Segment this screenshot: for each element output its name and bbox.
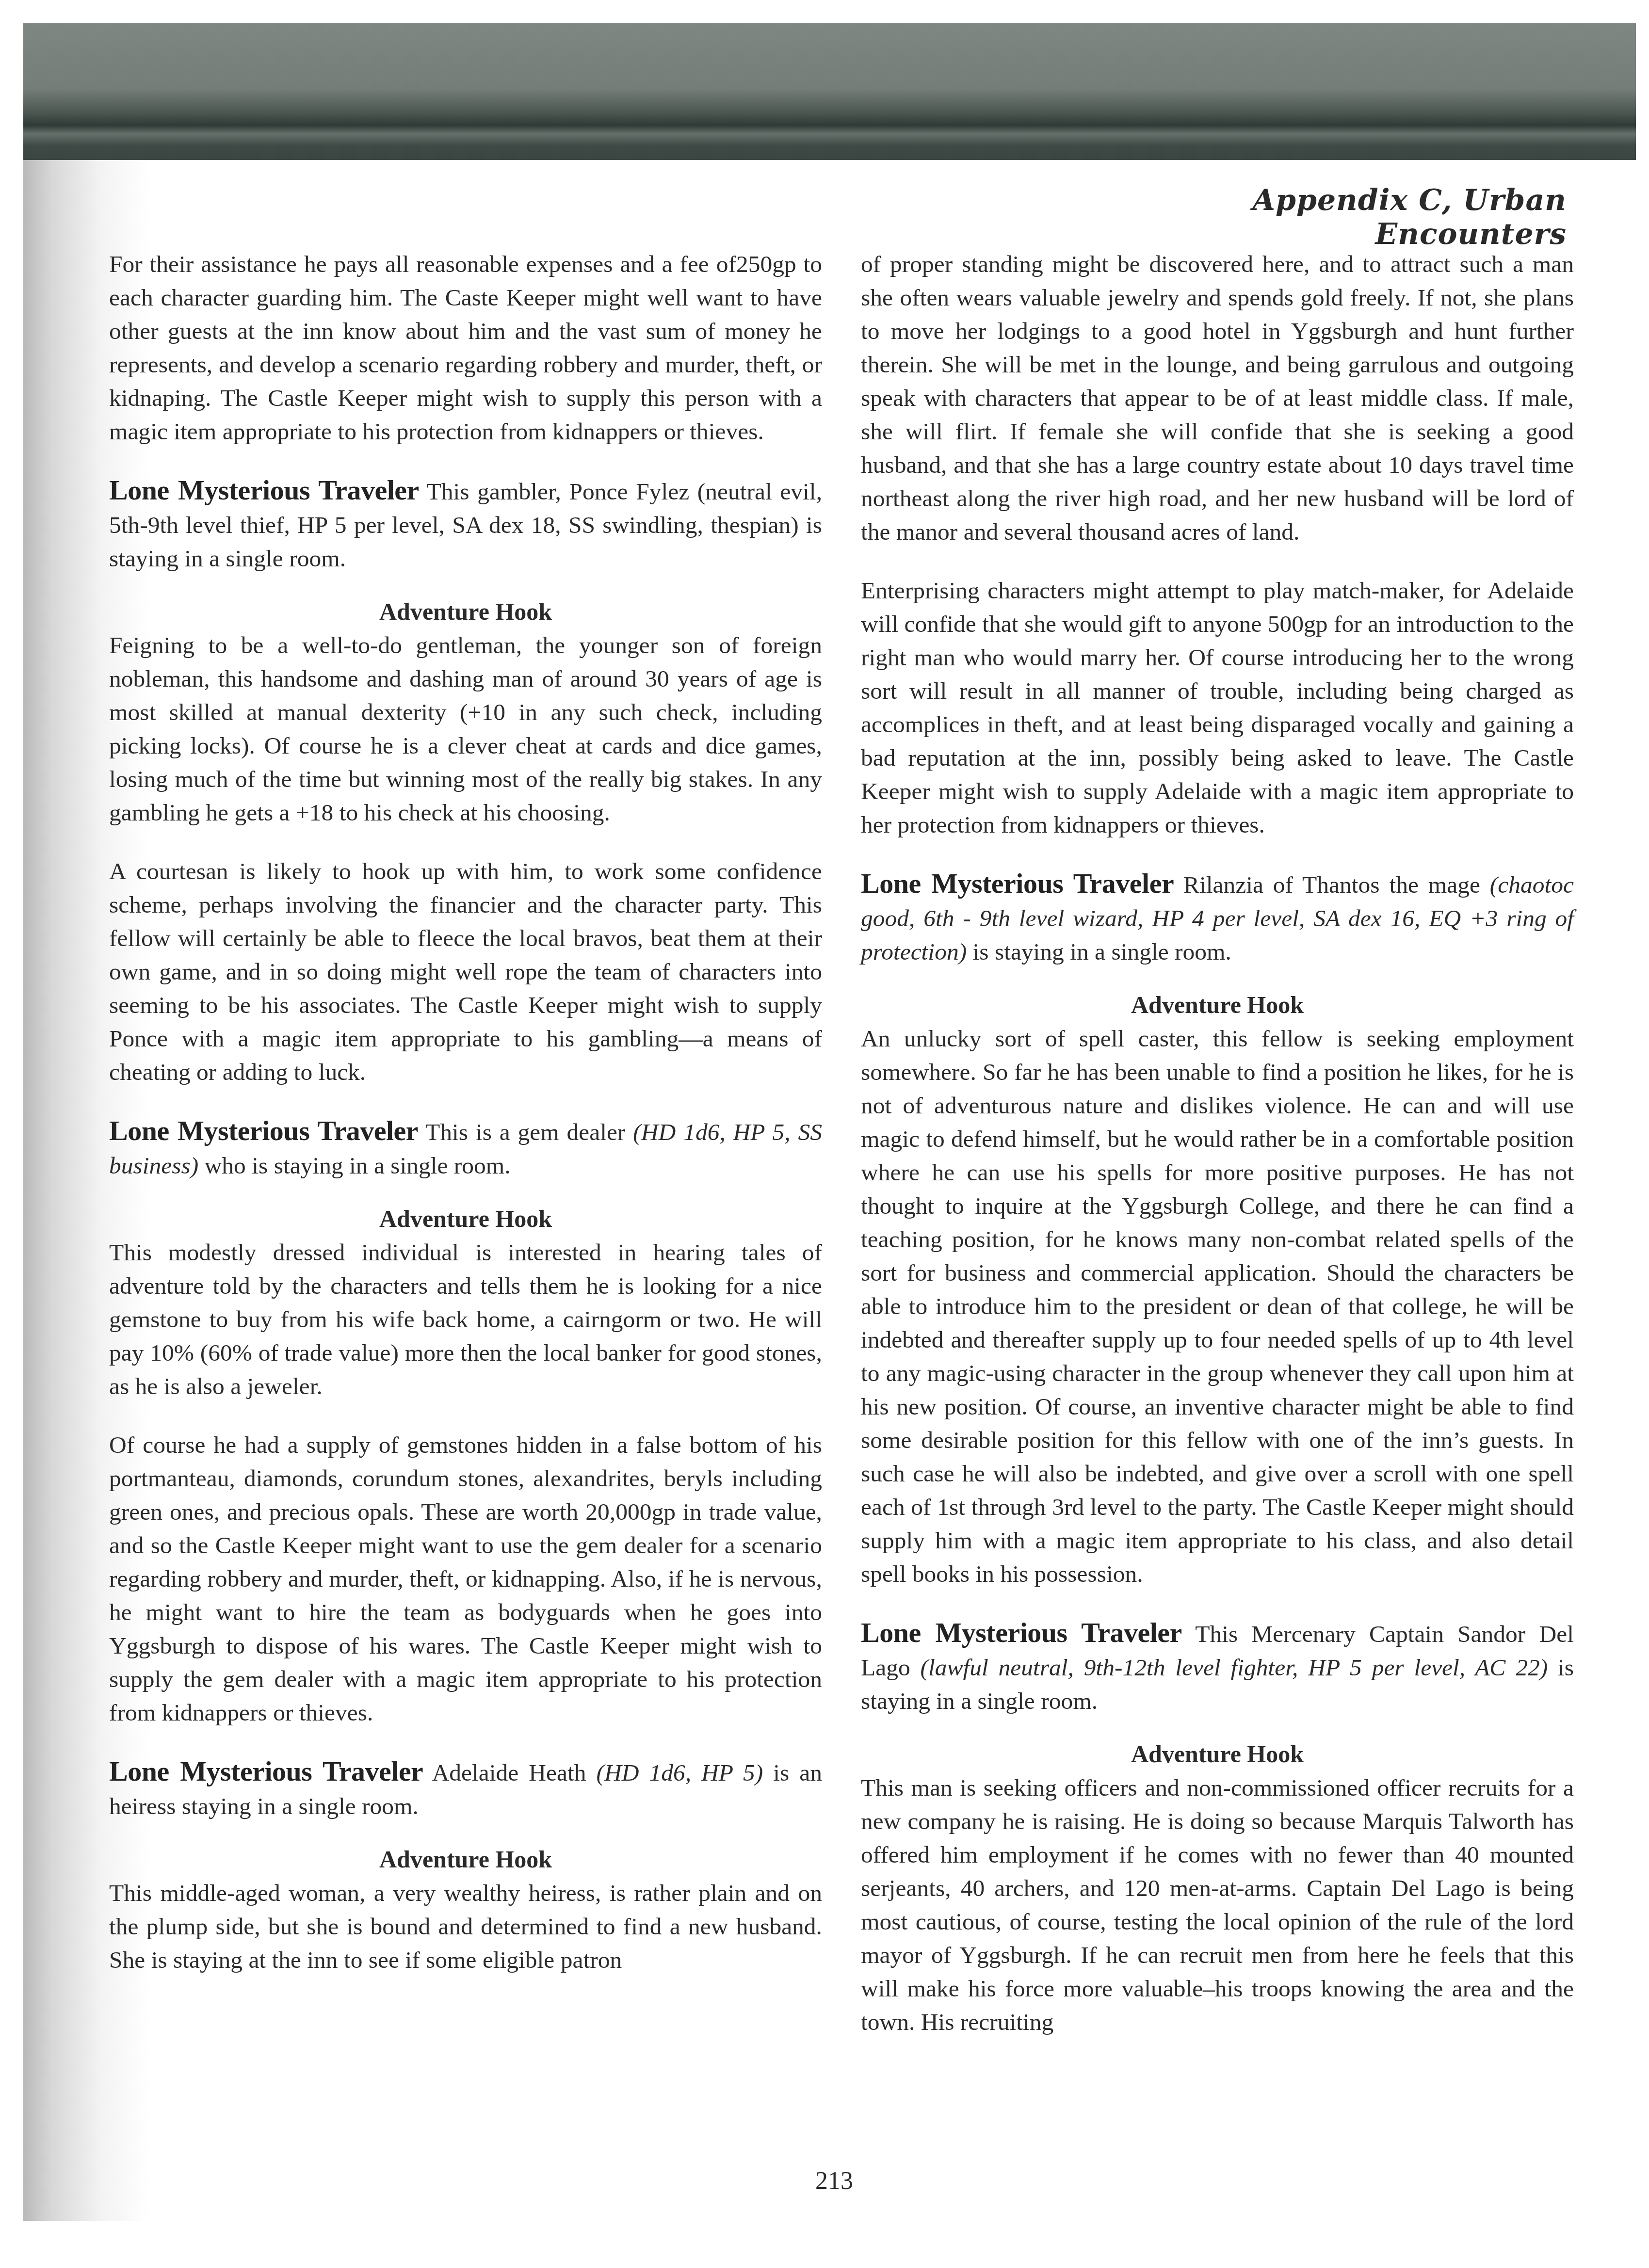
- encounter-entry-ponce: Lone Mysterious Traveler This gambler, P…: [109, 473, 822, 1089]
- paragraph: This modestly dressed individual is inte…: [109, 1236, 822, 1403]
- paragraph: This middle-aged woman, a very wealthy h…: [109, 1876, 822, 1977]
- entry-intro-text: Adelaide Heath: [432, 1759, 586, 1786]
- paragraph: A courtesan is likely to hook up with hi…: [109, 854, 822, 1089]
- paragraph: For their assistance he pays all reasona…: [109, 247, 822, 448]
- page-number: 213: [805, 2167, 863, 2195]
- entry-title: Lone Mysterious Traveler: [109, 474, 419, 506]
- paragraph: Feigning to be a well-to-do gentleman, t…: [109, 628, 822, 829]
- right-column: of proper standing might be discovered h…: [861, 247, 1574, 2064]
- adventure-hook-heading: Adventure Hook: [109, 1202, 822, 1236]
- entry-intro-text: who is staying in a single room.: [205, 1152, 511, 1179]
- entry-intro: Lone Mysterious Traveler Adelaide Heath …: [109, 1754, 822, 1823]
- paragraph: of proper standing might be discovered h…: [861, 247, 1574, 548]
- entry-title: Lone Mysterious Traveler: [861, 1617, 1182, 1648]
- adventure-hook-heading: Adventure Hook: [861, 988, 1574, 1022]
- entry-stats: (HD 1d6, HP 5): [596, 1759, 763, 1786]
- adventure-hook-heading: Adventure Hook: [861, 1737, 1574, 1771]
- entry-intro: Lone Mysterious Traveler This is a gem d…: [109, 1114, 822, 1182]
- encounter-entry-gem-dealer: Lone Mysterious Traveler This is a gem d…: [109, 1114, 822, 1729]
- adventure-hook-heading: Adventure Hook: [109, 1842, 822, 1876]
- paragraph: Of course he had a supply of gemstones h…: [109, 1428, 822, 1729]
- encounter-entry-adelaide: Lone Mysterious Traveler Adelaide Heath …: [109, 1754, 822, 1977]
- scanner-shadow-band: [23, 23, 1636, 169]
- adventure-hook-heading: Adventure Hook: [109, 595, 822, 628]
- paragraph: Enterprising characters might attempt to…: [861, 574, 1574, 841]
- scan-margin: [23, 0, 1636, 23]
- entry-intro: Lone Mysterious Traveler Rilanzia of Tha…: [861, 867, 1574, 968]
- entry-title: Lone Mysterious Traveler: [109, 1755, 423, 1787]
- left-column: For their assistance he pays all reasona…: [109, 247, 822, 2002]
- entry-intro-text: This is a gem dealer: [425, 1119, 625, 1145]
- entry-stats: (lawful neutral, 9th-12th level fighter,…: [921, 1654, 1548, 1681]
- entry-intro: Lone Mysterious Traveler This Mercenary …: [861, 1616, 1574, 1718]
- entry-intro-text: Rilanzia of Thantos the mage: [1183, 871, 1480, 898]
- entry-intro-text: is staying in a single room.: [972, 938, 1231, 965]
- encounter-entry-del-lago: Lone Mysterious Traveler This Mercenary …: [861, 1616, 1574, 2039]
- entry-title: Lone Mysterious Traveler: [861, 868, 1174, 899]
- entry-intro: Lone Mysterious Traveler This gambler, P…: [109, 473, 822, 575]
- entry-title: Lone Mysterious Traveler: [109, 1115, 418, 1146]
- paragraph: This man is seeking officers and non-com…: [861, 1771, 1574, 2039]
- paragraph: An unlucky sort of spell caster, this fe…: [861, 1022, 1574, 1591]
- encounter-entry-rilanzia: Lone Mysterious Traveler Rilanzia of Tha…: [861, 867, 1574, 1591]
- running-head: Appendix C, Urban Encounters: [1101, 183, 1567, 251]
